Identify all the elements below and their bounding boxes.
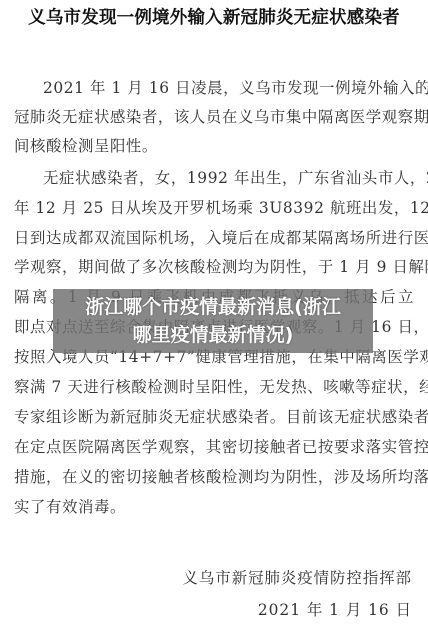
body-line: 专家组诊断为新冠肺炎无症状感染者。目前该无症状感染者 (14, 407, 414, 427)
body-line: 年 12 月 25 日从埃及开罗机场乘 3U8392 航班出发，12 月 26 (14, 198, 414, 218)
headline-text: 浙江哪个市疫情最新消息(浙江 哪里疫情最新情况) (53, 293, 373, 349)
body-line: 学观察，期间做了多次核酸检测均为阴性，于 1 月 9 日解除 (14, 257, 414, 277)
signature-date: 2021 年 1 月 16 日 (258, 598, 412, 620)
signature-organization: 义乌市新冠肺炎疫情防控指挥部 (183, 566, 412, 588)
document-title: 义乌市发现一例境外输入新冠肺炎无症状感染者 (0, 4, 428, 29)
body-line: 察满 7 天进行核酸检测时呈阳性，无发热、咳嗽等症状，经 (14, 377, 414, 397)
body-line: 无症状感染者，女，1992 年出生，广东省汕头市人，2020 (14, 168, 414, 188)
body-line: 间核酸检测呈阳性。 (14, 136, 414, 156)
body-line: 实了有效消毒。 (14, 497, 414, 517)
body-line: 日到达成都双流国际机场，入境后在成都某隔离场所进行医 (14, 228, 414, 248)
headline-line-1: 浙江哪个市疫情最新消息(浙江 (53, 293, 373, 321)
body-line: 措施，在义的密切接触者核酸检测均为阴性，涉及场所均落 (14, 467, 414, 487)
body-line: 冠肺炎无症状感染者，该人员在义乌市集中隔离医学观察期 (14, 107, 414, 127)
body-line: 2021 年 1 月 16 日凌晨，义乌市发现一例境外输入的新 (14, 78, 414, 98)
headline-line-2: 哪里疫情最新情况) (53, 321, 373, 349)
headline-overlay: 浙江哪个市疫情最新消息(浙江 哪里疫情最新情况) (53, 289, 373, 353)
body-line: 在定点医院隔离医学观察，其密切接触者已按要求落实管控 (14, 437, 414, 457)
